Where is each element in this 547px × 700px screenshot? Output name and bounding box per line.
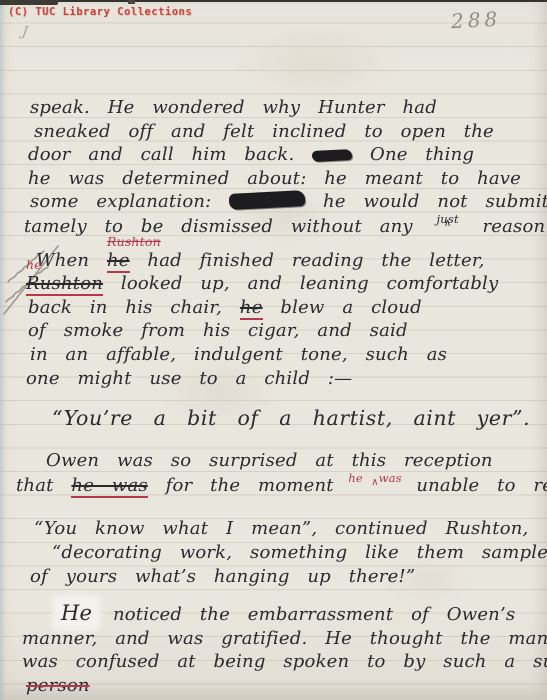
scan-edge-artifact-left [0,0,58,5]
manuscript-line: tamely to be dismissed without any just∧… [0,214,533,239]
redaction-mark [312,149,353,162]
redaction-mark [229,190,306,210]
text-segment: Owen was so surprised at this reception [46,450,493,471]
paragraph: Owen was so surprised at this receptiont… [0,449,533,497]
text-segment: “You know what I mean”, continued Rushto… [34,518,528,539]
text-segment: One thing [370,144,474,165]
deleted-word: he was [71,474,147,498]
text-segment: of smoke from his cigar, and said [28,320,408,341]
caret-icon: ∧ [371,478,379,487]
manuscript-page-scan: (C) TUC Library Collections 288 J speak.… [0,0,547,700]
struck-text: Rushton [26,273,103,296]
manuscript-line: one might use to a child :— [0,367,533,391]
manuscript-line: Owen was so surprised at this reception [0,449,533,473]
text-segment: “You’re a bit of a hartist, aint yer”. [52,406,530,430]
paragraph: speak. He wondered why Hunter hadsneaked… [0,96,533,239]
text-segment: of yours what’s hanging up there!” [30,566,415,587]
text-segment: noticed the embarrassment of Owen’s [113,604,515,625]
manuscript-line: “decorating work, something like them sa… [0,541,533,565]
manuscript-line: door and call him back. One thing [0,143,533,167]
text-segment: sneaked off and felt inclined to open th… [34,121,494,142]
text-segment: he was determined about: he meant to hav… [28,168,521,189]
manuscript-line: back in his chair, he blew a cloud [0,296,533,320]
manuscript-line: manner, and was gratified. He thought th… [0,627,533,651]
manuscript-line: of yours what’s hanging up there!” [0,565,533,589]
text-segment: back in his chair, [28,297,222,318]
caret-insertion: he was∧ [352,473,399,491]
inserted-word-above: Rushton [107,236,161,248]
manuscript-line: Rushtonhe looked up, and leaning comfort… [0,272,533,296]
text-segment: “decorating work, something like them sa… [52,542,547,563]
scan-edge-artifact [0,0,547,2]
text-segment: some explanation: [30,191,211,212]
text-segment: reason. [482,216,547,237]
deleted-word: person [26,675,90,696]
paragraph: “You’re a bit of a hartist, aint yer”. [0,406,533,431]
pencil-corner-mark: J [21,24,29,41]
deleted-word: heRushton [107,249,130,273]
text-segment: had finished reading the letter, [147,250,484,271]
text-segment: blew a cloud [280,297,421,318]
deleted-word: he [240,296,263,320]
caret-insertion: just∧ [431,214,465,232]
manuscript-line: He noticed the embarrassment of Owen’s [0,602,533,627]
text-segment: one might use to a child :— [26,368,352,389]
manuscript-line: some explanation: he would not submit [0,190,533,214]
manuscript-line: in an affable, indulgent tone, such as [0,343,533,367]
manuscript-line: When heRushton had finished reading the … [0,249,533,273]
manuscript-line: he was determined about: he meant to hav… [0,167,533,191]
text-segment: door and call him back. [28,144,294,165]
text-segment: in an affable, indulgent tone, such as [30,344,447,365]
text-segment: was confused at being spoken to by such … [22,651,547,672]
text-segment: for the moment [166,475,334,496]
text-segment: looked up, and leaning comfortably [121,273,499,294]
struck-text: he was [71,475,147,498]
text-segment: speak. He wondered why Hunter had [30,97,437,118]
page-number: 288 [450,7,501,34]
paragraph: When heRushton had finished reading the … [0,249,533,391]
struck-text: he [240,297,263,320]
text-segment: he would not submit [323,191,547,212]
manuscript: speak. He wondered why Hunter hadsneaked… [0,96,533,697]
paragraph: He noticed the embarrassment of Owen’sma… [0,602,533,697]
manuscript-line: sneaked off and felt inclined to open th… [0,120,533,144]
caret-icon: ∧ [444,219,452,228]
manuscript-line: person [0,674,533,698]
manuscript-line: of smoke from his cigar, and said [0,319,533,343]
deleted-word: Rushtonhe [26,272,103,296]
manuscript-line: was confused at being spoken to by such … [0,650,533,674]
manuscript-line: “You know what I mean”, continued Rushto… [0,517,533,541]
scan-edge-artifact-nub [128,0,135,4]
inserted-word-above: he [26,259,42,271]
overwritten-word: He [58,601,95,625]
library-watermark: (C) TUC Library Collections [8,6,192,18]
manuscript-line: that he was for the moment he was∧ unabl… [0,473,533,498]
struck-text: he [107,250,130,273]
text-segment: that [16,475,54,496]
text-segment: manner, and was gratified. He thought th… [22,628,547,649]
text-segment: unable to reply. [416,475,547,496]
manuscript-line: “You’re a bit of a hartist, aint yer”. [0,406,533,431]
text-segment: When [36,250,89,271]
paragraph: “You know what I mean”, continued Rushto… [0,517,533,588]
text-segment: tamely to be dismissed without any [24,216,413,237]
manuscript-line: speak. He wondered why Hunter had [0,96,533,120]
